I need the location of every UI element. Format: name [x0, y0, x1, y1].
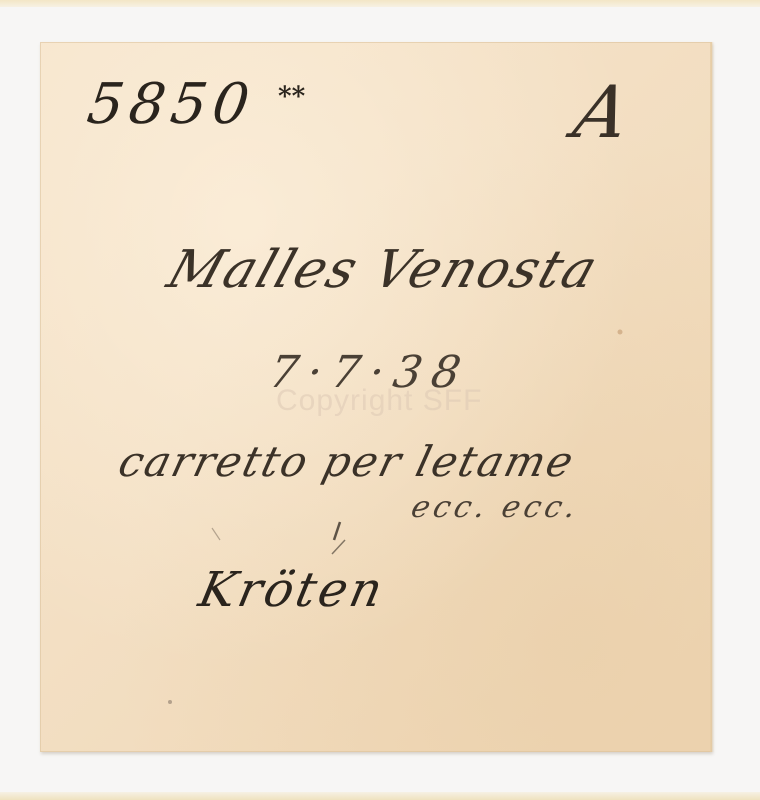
- catalog-number: 5850: [83, 72, 259, 137]
- description-line-2: ecc. ecc.: [408, 490, 584, 525]
- name-word: Kröten: [194, 562, 390, 618]
- description-line-1: carretto per letame: [114, 437, 580, 486]
- copyright-watermark: Copyright SFF: [276, 384, 482, 418]
- catalog-marks: **: [278, 82, 305, 112]
- class-letter: A: [567, 70, 638, 154]
- top-edge-strip: [0, 0, 760, 7]
- place-name: Malles Venosta: [160, 240, 606, 300]
- bottom-edge-strip: [0, 792, 760, 800]
- handwritten-label-card: 5850 ** A Malles Venosta 7·7·38 Copyrigh…: [40, 42, 712, 752]
